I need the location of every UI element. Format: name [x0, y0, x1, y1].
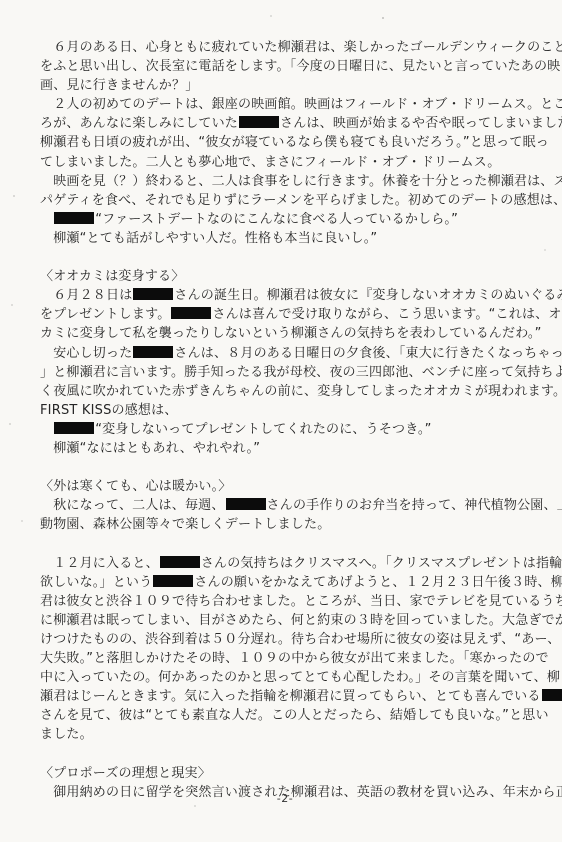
redaction-box [239, 116, 279, 128]
text-run: さんの願いをかなえてあげようと、１２月２３日午後３時、柳瀬 [194, 575, 562, 590]
text-run: 映画を見（？）終わると、二人は食事をしに行きます。休養を十分とった柳瀬君は、ス [40, 174, 562, 189]
text-line: ６月２８日はさんの誕生日。柳瀬君は彼女に『変身しないオオカミのぬいぐるみ』 [40, 286, 536, 305]
text-line: 映画を見（？）終わると、二人は食事をしに行きます。休養を十分とった柳瀬君は、ス [40, 172, 536, 191]
text-line: ２人の初めてのデートは、銀座の映画館。映画はフィールド・オブ・ドリームス。とこ [40, 95, 536, 114]
text-run: てしまいました。二人とも夢心地で、まさにフィールド・オブ・ドリームス。 [40, 155, 500, 170]
text-run: に柳瀬君は眠ってしまい、目がさめたら、何と約束の３時を回っていました。大急ぎでか [40, 613, 562, 628]
text-line: 大失敗。”と落胆しかけたその時、１０９の中から彼女が出て来ました。「寒かったので [40, 649, 536, 668]
text-line: 画、見に行きませんか？」 [40, 76, 536, 95]
redaction-box [153, 575, 193, 587]
text-run: 〈プロポーズの理想と現実〉 [40, 766, 211, 781]
section-heading: 〈オオカミは変身する〉 [40, 267, 536, 286]
redaction-box [54, 212, 94, 224]
text-line: 動物園、森林公園等々で楽しくデートしました。 [40, 515, 536, 534]
redaction-box [226, 498, 266, 510]
text-run: 柳瀬“とても話がしやすい人だ。性格も本当に良いし。” [40, 231, 377, 246]
text-line: く夜風に吹かれていた赤ずきんちゃんの前に、変身してしまったオオカミが現われます。 [40, 382, 536, 401]
text-run: をふと思い出し、次長室に電話をします。「今度の日曜日に、見たいと言っていたあの映 [40, 59, 560, 74]
text-line: パゲティを食べ、それでも足りずにラーメンを平らげました。初めてのデートの感想は、 [40, 191, 536, 210]
text-run: 瀬君はじーんときます。気に入った指輪を柳瀬君に買ってもらい、とても喜んでいる [40, 689, 541, 704]
text-run: 君は彼女と渋谷１０９で待ち合わせました。ところが、当日、家でテレビを見ているうち [40, 594, 562, 609]
text-run: さんの気持ちはクリスマスへ。「クリスマスプレゼントは指輪が [201, 556, 562, 571]
page-number: -2- [40, 792, 530, 805]
redaction-box [160, 556, 200, 568]
text-line: １２月に入ると、さんの気持ちはクリスマスへ。「クリスマスプレゼントは指輪が [40, 554, 536, 573]
text-run: さんは、８月のある日曜日の夕食後、「東大に行きたくなっちゃった。 [174, 346, 562, 361]
text-line: けつけたものの、渋谷到着は５０分遅れ。待ち合わせ場所に彼女の姿は見えず、“あー、 [40, 630, 536, 649]
text-run: 安心し切った [40, 346, 132, 361]
text-line: 君は彼女と渋谷１０９で待ち合わせました。ところが、当日、家でテレビを見ているうち [40, 592, 536, 611]
text-line: 欲しいな。」というさんの願いをかなえてあげようと、１２月２３日午後３時、柳瀬 [40, 573, 536, 592]
text-run: さんの手作りのお弁当を持って、神代植物公園、上野 [267, 498, 562, 513]
text-line: ろが、あんなに楽しみにしていたさんは、映画が始まるや否や眠ってしまいました。 [40, 114, 536, 133]
text-line: に柳瀬君は眠ってしまい、目がさめたら、何と約束の３時を回っていました。大急ぎでか [40, 611, 536, 630]
text-run: FIRST KISSの感想は、 [40, 403, 178, 418]
text-line: 中に入っていたの。何かあったのかと思ってとても心配したわ。」その言葉を聞いて、柳 [40, 668, 536, 687]
text-run: “変身しないってプレゼントしてくれたのに、うそつき。” [95, 422, 431, 437]
text-run: けつけたものの、渋谷到着は５０分遅れ。待ち合わせ場所に彼女の姿は見えず、“あー、 [40, 632, 560, 647]
text-run [40, 422, 53, 437]
text-line: “ファーストデートなのにこんなに食べる人っているかしら。” [40, 210, 536, 229]
text-run: “ファーストデートなのにこんなに食べる人っているかしら。” [95, 212, 458, 227]
text-line: 」と柳瀬君に言います。勝手知ったる我が母校、夜の三四郎池、ベンチに座って気持ちよ [40, 363, 536, 382]
text-run: さんは喜んで受け取りながら、こう思います。“これは、オオ [212, 307, 562, 322]
redaction-box [133, 346, 173, 358]
text-run: 柳瀬“なにはともあれ、やれやれ。” [40, 441, 260, 456]
text-line: 柳瀬“なにはともあれ、やれやれ。” [40, 439, 536, 458]
text-run: ました。 [40, 727, 93, 742]
text-run: ろが、あんなに楽しみにしていた [40, 116, 238, 131]
text-line: さんを見て、彼は“とても素直な人だ。この人とだったら、結婚しても良いな。”と思い [40, 706, 536, 725]
text-run: ２人の初めてのデートは、銀座の映画館。映画はフィールド・オブ・ドリームス。とこ [40, 97, 562, 112]
text-run: １２月に入ると、 [40, 556, 159, 571]
section-heading: 〈外は寒くても、心は暖かい。〉 [40, 477, 536, 496]
text-run: 中に入っていたの。何かあったのかと思ってとても心配したわ。」その言葉を聞いて、柳 [40, 670, 560, 685]
text-run: カミに変身して私を襲ったりしないという柳瀬さんの気持ちを表わしているんだわ。” [40, 326, 542, 341]
text-run: 柳瀬君も日頃の疲れが出、“彼女が寝ているなら僕も寝ても良いだろう。”と思って眠っ [40, 135, 549, 150]
text-line: ました。 [40, 725, 536, 744]
text-line: をプレゼントします。さんは喜んで受け取りながら、こう思います。“これは、オオ [40, 305, 536, 324]
text-line: てしまいました。二人とも夢心地で、まさにフィールド・オブ・ドリームス。 [40, 153, 536, 172]
text-line: FIRST KISSの感想は、 [40, 401, 536, 420]
redaction-box [54, 422, 94, 434]
text-run: ６月のある日、心身ともに疲れていた柳瀬君は、楽しかったゴールデンウィークのこと [40, 40, 562, 55]
text-run: さんを見て、彼は“とても素直な人だ。この人とだったら、結婚しても良いな。”と思い [40, 708, 549, 723]
text-line: 秋になって、二人は、毎週、さんの手作りのお弁当を持って、神代植物公園、上野 [40, 496, 536, 515]
text-run: ６月２８日は [40, 288, 132, 303]
text-run: 欲しいな。」という [40, 575, 152, 590]
text-run: をプレゼントします。 [40, 307, 170, 322]
text-line: 柳瀬“とても話がしやすい人だ。性格も本当に良いし。” [40, 229, 536, 248]
text-run: く夜風に吹かれていた赤ずきんちゃんの前に、変身してしまったオオカミが現われます。 [40, 384, 562, 399]
text-run: さんの誕生日。柳瀬君は彼女に『変身しないオオカミのぬいぐるみ』 [174, 288, 562, 303]
text-run: 〈外は寒くても、心は暖かい。〉 [40, 479, 232, 494]
text-line: 安心し切ったさんは、８月のある日曜日の夕食後、「東大に行きたくなっちゃった。 [40, 344, 536, 363]
document-page: ６月のある日、心身ともに疲れていた柳瀬君は、楽しかったゴールデンウィークのこと … [0, 0, 562, 842]
section-heading: 〈プロポーズの理想と現実〉 [40, 764, 536, 783]
text-run: 」と柳瀬君に言います。勝手知ったる我が母校、夜の三四郎池、ベンチに座って気持ちよ [40, 365, 562, 380]
redaction-box [171, 307, 211, 319]
text-run: 〈オオカミは変身する〉 [40, 269, 184, 284]
text-line: をふと思い出し、次長室に電話をします。「今度の日曜日に、見たいと言っていたあの映 [40, 57, 536, 76]
text-line: ６月のある日、心身ともに疲れていた柳瀬君は、楽しかったゴールデンウィークのこと [40, 38, 536, 57]
text-run: 秋になって、二人は、毎週、 [40, 498, 225, 513]
text-line: 柳瀬君も日頃の疲れが出、“彼女が寝ているなら僕も寝ても良いだろう。”と思って眠っ [40, 133, 536, 152]
text-line: “変身しないってプレゼントしてくれたのに、うそつき。” [40, 420, 536, 439]
text-run: さんは、映画が始まるや否や眠ってしまいました。 [280, 116, 562, 131]
text-run: 大失敗。”と落胆しかけたその時、１０９の中から彼女が出て来ました。「寒かったので [40, 651, 549, 666]
text-run: パゲティを食べ、それでも足りずにラーメンを平らげました。初めてのデートの感想は、 [40, 193, 562, 208]
redaction-box [542, 689, 562, 701]
redaction-box [133, 288, 173, 300]
text-line: カミに変身して私を襲ったりしないという柳瀬さんの気持ちを表わしているんだわ。” [40, 324, 536, 343]
text-line: 瀬君はじーんときます。気に入った指輪を柳瀬君に買ってもらい、とても喜んでいる [40, 687, 536, 706]
text-run: 動物園、森林公園等々で楽しくデートしました。 [40, 517, 330, 532]
text-run: 画、見に行きませんか？」 [40, 78, 198, 93]
text-run [40, 212, 53, 227]
